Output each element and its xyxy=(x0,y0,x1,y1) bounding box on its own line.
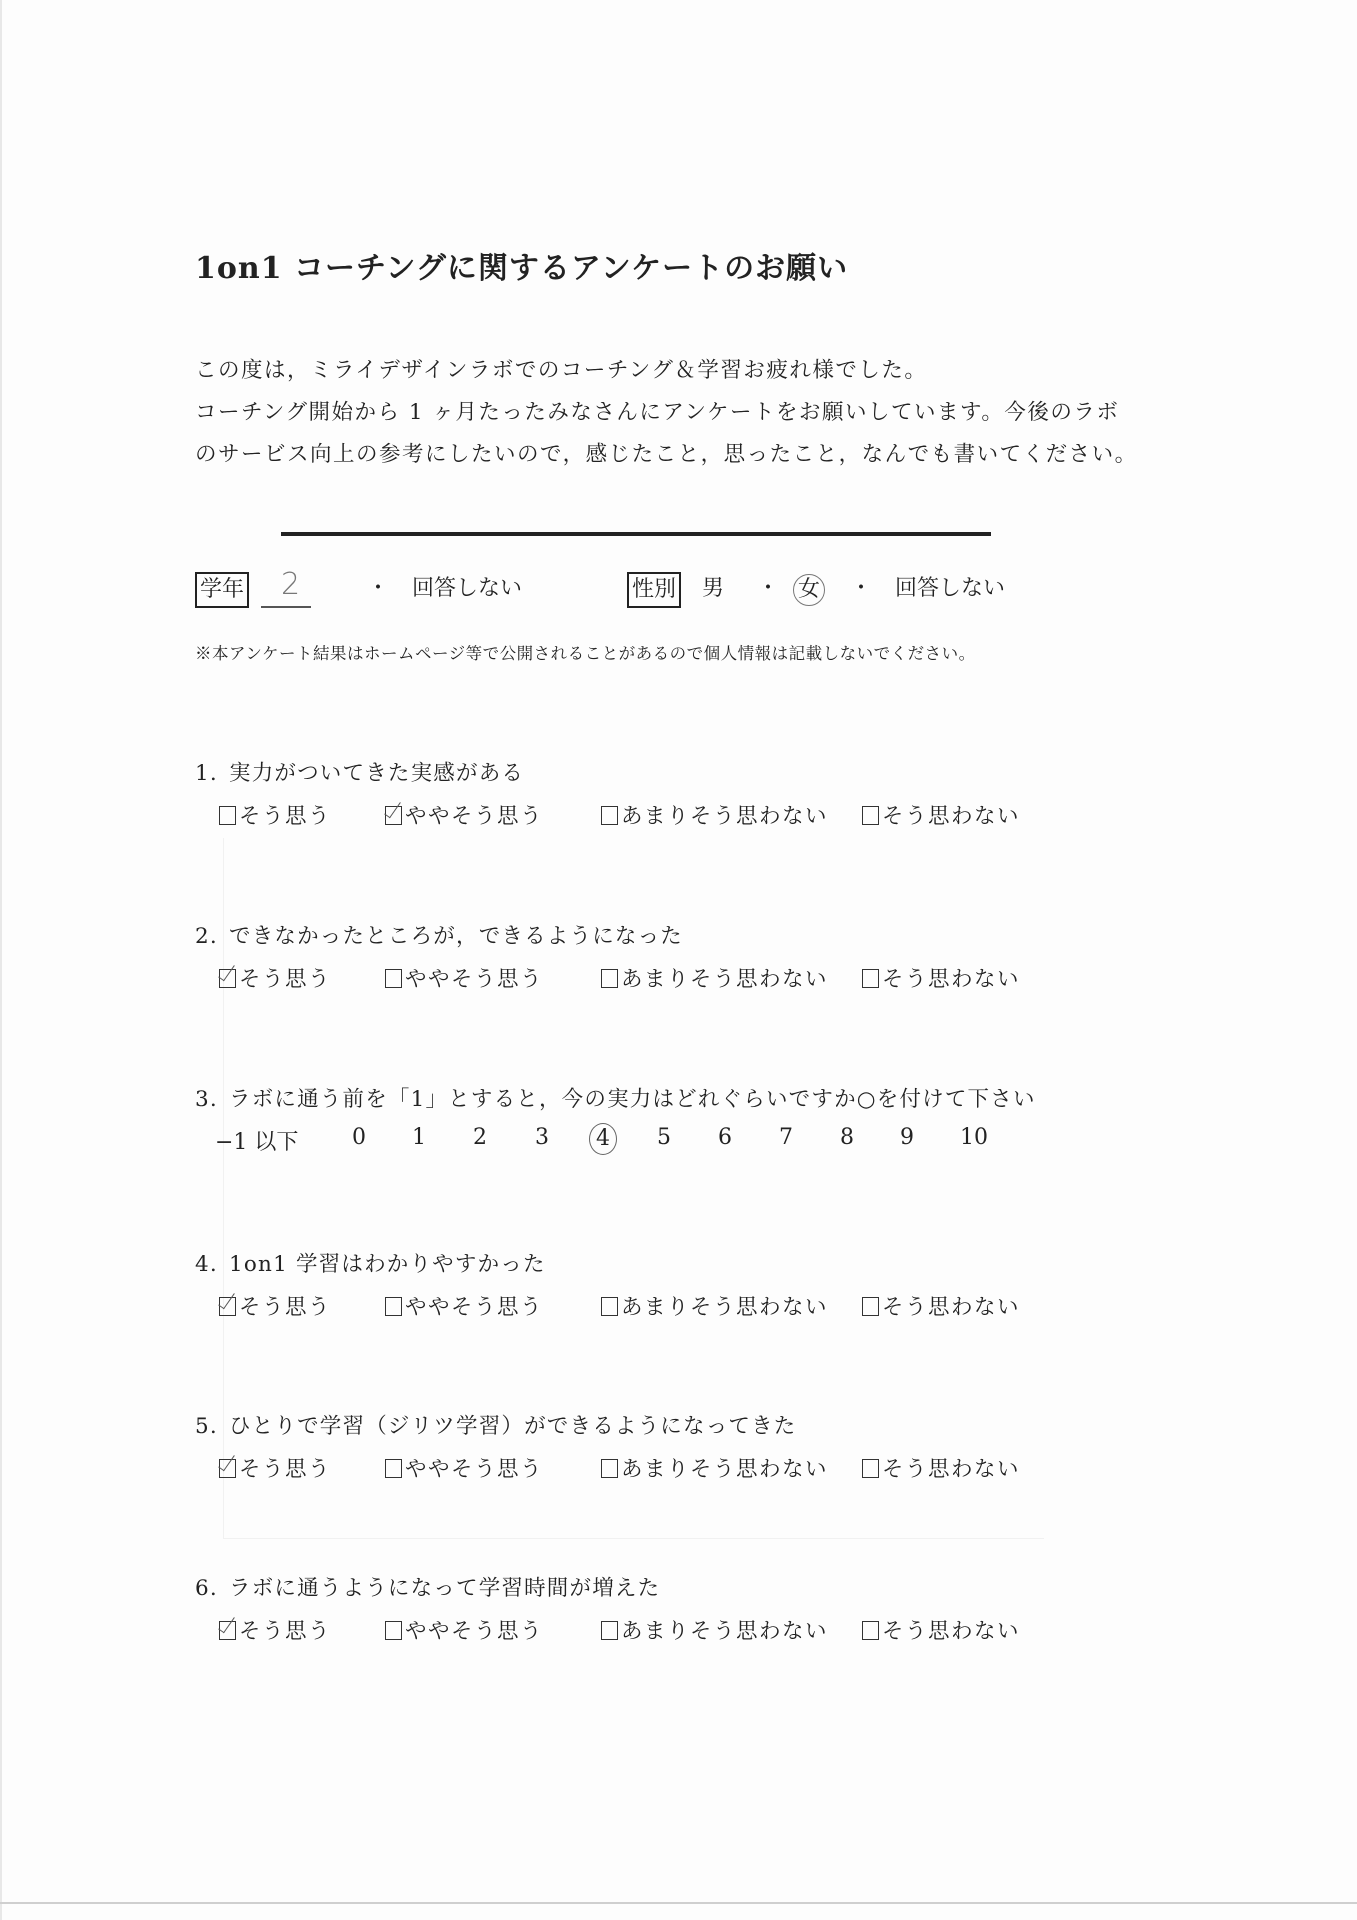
scale-option[interactable]: 6 xyxy=(718,1125,732,1150)
checkbox[interactable] xyxy=(862,1621,879,1640)
grade-label: 学年 xyxy=(195,572,249,608)
scale-option[interactable]: 2 xyxy=(473,1125,487,1150)
checkbox-checked[interactable] xyxy=(219,1621,236,1640)
option-somewhat-disagree[interactable]: あまりそう思わない xyxy=(601,1614,828,1645)
rating-scale: −1 以下 0 1 2 3 4 5 6 7 8 9 10 xyxy=(195,1125,1195,1159)
grade-value[interactable]: 2 xyxy=(281,568,300,602)
question-number: 2. xyxy=(195,921,229,953)
question-text: 実力がついてきた実感がある xyxy=(229,761,524,786)
option-somewhat-disagree[interactable]: あまりそう思わない xyxy=(601,799,828,830)
question-text: 1on1 学習はわかりやすかった xyxy=(229,1252,546,1277)
choice-options: そう思う ややそう思う あまりそう思わない そう思わない xyxy=(195,962,1195,996)
gender-option-male[interactable]: 男 xyxy=(702,572,724,606)
separator: ・ xyxy=(757,572,779,606)
checkbox-checked[interactable] xyxy=(219,1459,236,1478)
option-somewhat-disagree[interactable]: あまりそう思わない xyxy=(601,1452,828,1483)
checkbox[interactable] xyxy=(862,1459,879,1478)
separator: ・ xyxy=(850,572,872,606)
checkbox[interactable] xyxy=(601,1297,618,1316)
option-disagree[interactable]: そう思わない xyxy=(862,799,1020,830)
option-somewhat-agree[interactable]: ややそう思う xyxy=(385,1614,543,1645)
question-number: 4. xyxy=(195,1249,229,1281)
scale-option[interactable]: 5 xyxy=(657,1125,671,1150)
question-6: 6.ラボに通うようになって学習時間が増えた そう思う ややそう思う あまりそう思… xyxy=(195,1573,1195,1648)
question-number: 6. xyxy=(195,1573,229,1605)
checkbox-checked[interactable] xyxy=(219,1297,236,1316)
scale-option[interactable]: 10 xyxy=(960,1125,988,1150)
question-1: 1.実力がついてきた実感がある そう思う ややそう思う あまりそう思わない そう… xyxy=(195,758,1195,833)
checkbox[interactable] xyxy=(601,806,618,825)
grade-underline xyxy=(261,606,311,608)
question-text: ラボに通うようになって学習時間が増えた xyxy=(229,1576,660,1601)
choice-options: そう思う ややそう思う あまりそう思わない そう思わない xyxy=(195,1290,1195,1324)
page-bottom-edge xyxy=(0,1902,1357,1904)
scale-option[interactable]: 9 xyxy=(900,1125,914,1150)
scale-option[interactable]: −1 以下 xyxy=(215,1125,298,1156)
checkbox[interactable] xyxy=(385,1297,402,1316)
question-number: 5. xyxy=(195,1411,229,1443)
question-text: できなかったところが，できるようになった xyxy=(229,924,683,949)
checkbox[interactable] xyxy=(219,806,236,825)
scale-option[interactable]: 7 xyxy=(779,1125,793,1150)
checkbox[interactable] xyxy=(862,1297,879,1316)
intro-line: のサービス向上の参考にしたいので，感じたこと，思ったこと，なんでも書いてください… xyxy=(195,434,1195,476)
option-disagree[interactable]: そう思わない xyxy=(862,1614,1020,1645)
checkbox[interactable] xyxy=(862,969,879,988)
question-4: 4.1on1 学習はわかりやすかった そう思う ややそう思う あまりそう思わない… xyxy=(195,1249,1195,1324)
checkbox-checked[interactable] xyxy=(219,969,236,988)
checkbox[interactable] xyxy=(385,1459,402,1478)
option-somewhat-agree[interactable]: ややそう思う xyxy=(385,1290,543,1321)
option-somewhat-agree[interactable]: ややそう思う xyxy=(385,962,543,993)
gender-no-answer[interactable]: 回答しない xyxy=(895,572,1005,606)
intro-text: この度は，ミライデザインラボでのコーチング＆学習お疲れ様でした。 コーチング開始… xyxy=(195,350,1195,476)
option-strongly-agree[interactable]: そう思う xyxy=(219,1290,331,1321)
intro-line: この度は，ミライデザインラボでのコーチング＆学習お疲れ様でした。 xyxy=(195,350,1195,392)
question-3: 3.ラボに通う前を「1」とすると，今の実力はどれぐらいですか○を付けて下さい −… xyxy=(195,1084,1195,1159)
choice-options: そう思う ややそう思う あまりそう思わない そう思わない xyxy=(195,1614,1195,1648)
option-somewhat-agree[interactable]: ややそう思う xyxy=(385,799,543,830)
question-text: ラボに通う前を「1」とすると，今の実力はどれぐらいですか○を付けて下さい xyxy=(229,1087,1036,1112)
scale-option[interactable]: 3 xyxy=(535,1125,549,1150)
gender-label: 性別 xyxy=(627,572,681,608)
question-text: ひとりで学習（ジリツ学習）ができるようになってきた xyxy=(229,1414,797,1439)
gender-option-female[interactable]: 女 xyxy=(793,573,825,607)
question-5: 5.ひとりで学習（ジリツ学習）ができるようになってきた そう思う ややそう思う … xyxy=(195,1411,1195,1486)
option-somewhat-agree[interactable]: ややそう思う xyxy=(385,1452,543,1483)
demographics-row: 学年 2 ・ 回答しない 性別 男 ・ 女 ・ 回答しない xyxy=(195,572,1195,612)
document-title: 1on1 コーチングに関するアンケートのお願い xyxy=(195,243,848,287)
choice-options: そう思う ややそう思う あまりそう思わない そう思わない xyxy=(195,1452,1195,1486)
option-strongly-agree[interactable]: そう思う xyxy=(219,799,331,830)
checkbox[interactable] xyxy=(385,969,402,988)
option-strongly-agree[interactable]: そう思う xyxy=(219,962,331,993)
checkbox[interactable] xyxy=(601,1621,618,1640)
grade-no-answer[interactable]: 回答しない xyxy=(412,572,522,606)
question-number: 1. xyxy=(195,758,229,790)
checkbox[interactable] xyxy=(862,806,879,825)
option-somewhat-disagree[interactable]: あまりそう思わない xyxy=(601,1290,828,1321)
option-disagree[interactable]: そう思わない xyxy=(862,1290,1020,1321)
checkbox-checked[interactable] xyxy=(385,806,402,825)
privacy-note: ※本アンケート結果はホームページ等で公開されることがあるので個人情報は記載しない… xyxy=(195,640,976,664)
selected-circle: 女 xyxy=(793,574,825,606)
option-strongly-agree[interactable]: そう思う xyxy=(219,1452,331,1483)
scale-option[interactable]: 0 xyxy=(352,1125,366,1150)
scale-option[interactable]: 8 xyxy=(840,1125,854,1150)
scale-option-selected[interactable]: 4 xyxy=(589,1123,617,1155)
separator: ・ xyxy=(367,572,389,606)
option-strongly-agree[interactable]: そう思う xyxy=(219,1614,331,1645)
divider xyxy=(281,532,991,536)
checkbox[interactable] xyxy=(601,969,618,988)
option-somewhat-disagree[interactable]: あまりそう思わない xyxy=(601,962,828,993)
question-number: 3. xyxy=(195,1084,229,1116)
checkbox[interactable] xyxy=(385,1621,402,1640)
scale-option[interactable]: 1 xyxy=(412,1125,426,1150)
question-2: 2.できなかったところが，できるようになった そう思う ややそう思う あまりそう… xyxy=(195,921,1195,996)
option-disagree[interactable]: そう思わない xyxy=(862,1452,1020,1483)
choice-options: そう思う ややそう思う あまりそう思わない そう思わない xyxy=(195,799,1195,833)
option-disagree[interactable]: そう思わない xyxy=(862,962,1020,993)
intro-line: コーチング開始から 1 ヶ月たったみなさんにアンケートをお願いしています。今後の… xyxy=(195,392,1195,434)
page-edge xyxy=(0,0,2,1920)
checkbox[interactable] xyxy=(601,1459,618,1478)
